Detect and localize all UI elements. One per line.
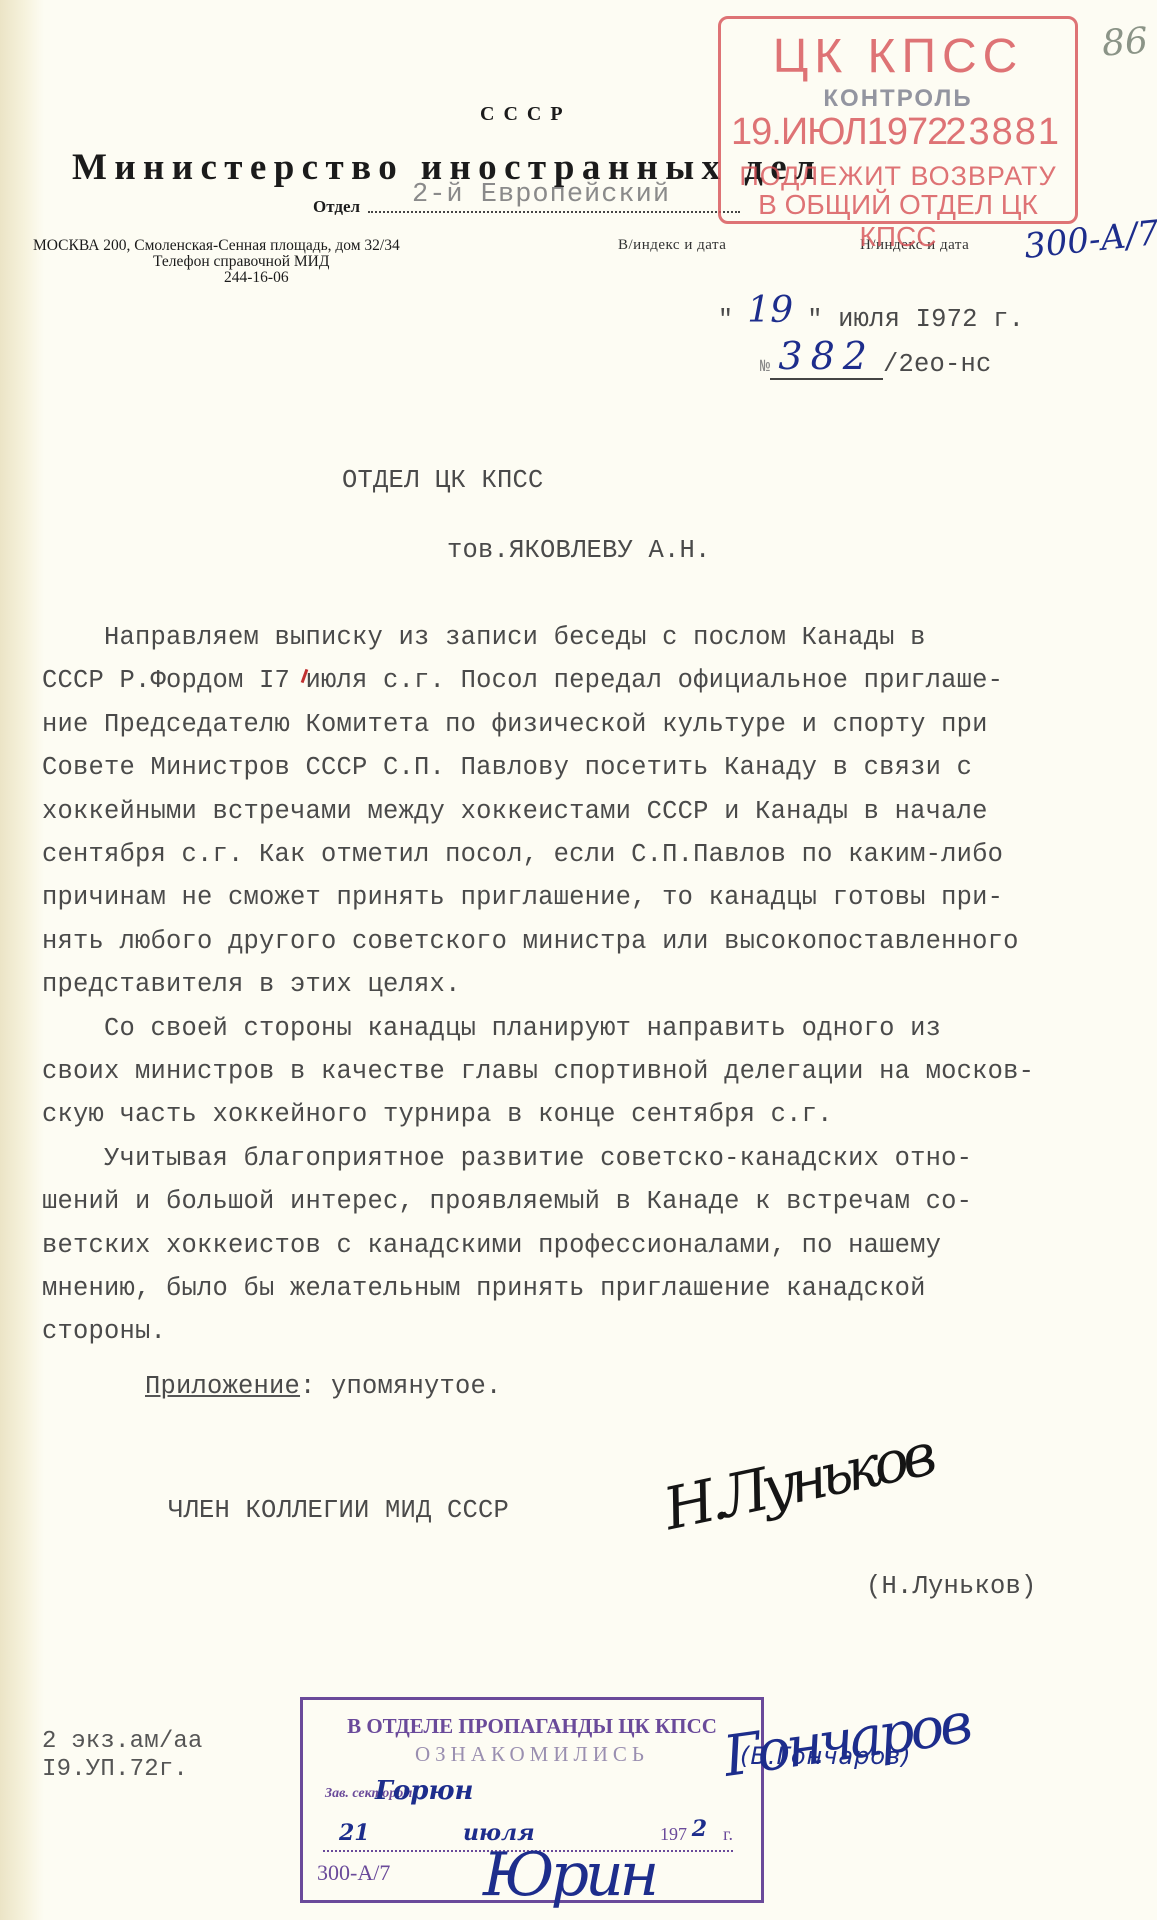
- body-line: представителя в этих целях.: [42, 970, 461, 999]
- control-stamp-subtitle: КОНТРОЛЬ: [721, 85, 1075, 113]
- body-line: шений и большой интерес, проявляемый в К…: [42, 1187, 972, 1216]
- body-line: Совете Министров СССР С.П. Павлову посет…: [42, 753, 972, 782]
- country-header: СССР: [480, 103, 572, 126]
- body-line: ние Председателю Комитета по физической …: [42, 710, 988, 739]
- body-line: хоккейными встречами между хоккеистами С…: [42, 797, 988, 826]
- folio-number: 86: [1101, 20, 1150, 64]
- body-line: нять любого другого советского министра …: [42, 927, 1019, 956]
- addressee-person: тов.ЯКОВЛЕВУ А.Н.: [447, 536, 711, 565]
- body-line: сентября с.г. Как отметил посол, если С.…: [42, 840, 1003, 869]
- body-line: ветских хоккеистов с канадскими професси…: [42, 1231, 941, 1260]
- incoming-index-label: В/индекс и дата: [618, 237, 726, 254]
- stamp-year-suffix: г.: [723, 1824, 733, 1845]
- attachment-text: : упомянутое.: [300, 1372, 502, 1401]
- propaganda-stamp-sector-handwritten: Горюн: [375, 1776, 473, 1806]
- signer-title: ЧЛЕН КОЛЛЕГИИ МИД СССР: [168, 1496, 509, 1525]
- control-stamp-line1: ПОДЛЕЖИТ ВОЗВРАТУ: [721, 161, 1075, 192]
- body-line: скую часть хоккейного турнира в конце се…: [42, 1100, 833, 1129]
- stamp-year-handwritten: 2: [692, 1816, 707, 1842]
- document-number: №382/2ео-нс: [760, 336, 991, 380]
- control-stamp-date: 19.ИЮЛ1972: [731, 111, 947, 154]
- stamp-day: 21: [339, 1820, 370, 1846]
- number-handwritten: 382: [770, 334, 883, 380]
- number-suffix: /2ео-нс: [883, 350, 992, 379]
- body-line: СССР Р.Фордом I7 июля с.г. Посол передал…: [42, 666, 1003, 695]
- propaganda-stamp-line2: ОЗНАКОМИЛИСЬ: [303, 1742, 761, 1767]
- attachment-label: Приложение: [145, 1372, 300, 1401]
- body-line: причинам не сможет принять приглашение, …: [42, 883, 1003, 912]
- body-line: стороны.: [42, 1317, 166, 1346]
- phone-number: 244-16-06: [224, 269, 289, 287]
- department-dotted-line: [368, 211, 740, 213]
- date-close-quote: ": [807, 305, 822, 334]
- propaganda-stamp-line1: В ОТДЕЛЕ ПРОПАГАНДЫ ЦК КПСС: [303, 1714, 761, 1739]
- propaganda-stamp-signature-2: Юрин: [483, 1840, 655, 1910]
- date-open-quote: ": [718, 305, 733, 334]
- control-stamp: ЦК КПСС КОНТРОЛЬ 19.ИЮЛ1972 23881 ПОДЛЕЖ…: [718, 16, 1078, 224]
- propaganda-stamp-file-ref: 300-А/7: [317, 1860, 390, 1886]
- body-line: Учитывая благоприятное развитие советско…: [42, 1144, 972, 1173]
- department-label: Отдел: [313, 197, 360, 217]
- addressee-department: ОТДЕЛ ЦК КПСС: [342, 466, 544, 495]
- attachment-note: Приложение: упомянутое.: [145, 1372, 502, 1401]
- signer-name: (Н.Луньков): [866, 1572, 1037, 1601]
- number-sign: №: [760, 358, 770, 377]
- signature: Н.Луньков: [658, 1421, 936, 1544]
- body-line: своих министров в качестве главы спортив…: [42, 1057, 1034, 1086]
- body-line: мнению, было бы желательным принять приг…: [42, 1274, 926, 1303]
- date-day-handwritten: 19: [747, 290, 793, 331]
- date-rest: июля I972 г.: [838, 305, 1024, 334]
- reviewer-name: (Б.Гончаров): [740, 1742, 912, 1770]
- body-line: Направляем выписку из записи беседы с по…: [42, 623, 926, 652]
- document-date: "19" июля I972 г.: [718, 294, 1024, 335]
- copies-note: 2 экз.ам/аа I9.УП.72г.: [42, 1728, 203, 1784]
- control-stamp-line2: В ОБЩИЙ ОТДЕЛ ЦК КПСС: [727, 189, 1069, 253]
- page-edge-shadow: [0, 0, 44, 1920]
- department-value: 2-й Европейский: [412, 180, 670, 210]
- control-stamp-title: ЦК КПСС: [721, 29, 1075, 84]
- control-stamp-number: 23881: [945, 111, 1061, 154]
- body-line: Со своей стороны канадцы планируют напра…: [42, 1014, 941, 1043]
- propaganda-stamp-signature-1: Гончаров: [720, 1691, 973, 1790]
- propaganda-stamp: В ОТДЕЛЕ ПРОПАГАНДЫ ЦК КПСС ОЗНАКОМИЛИСЬ…: [300, 1697, 764, 1903]
- stamp-year-prefix: 197: [660, 1824, 687, 1845]
